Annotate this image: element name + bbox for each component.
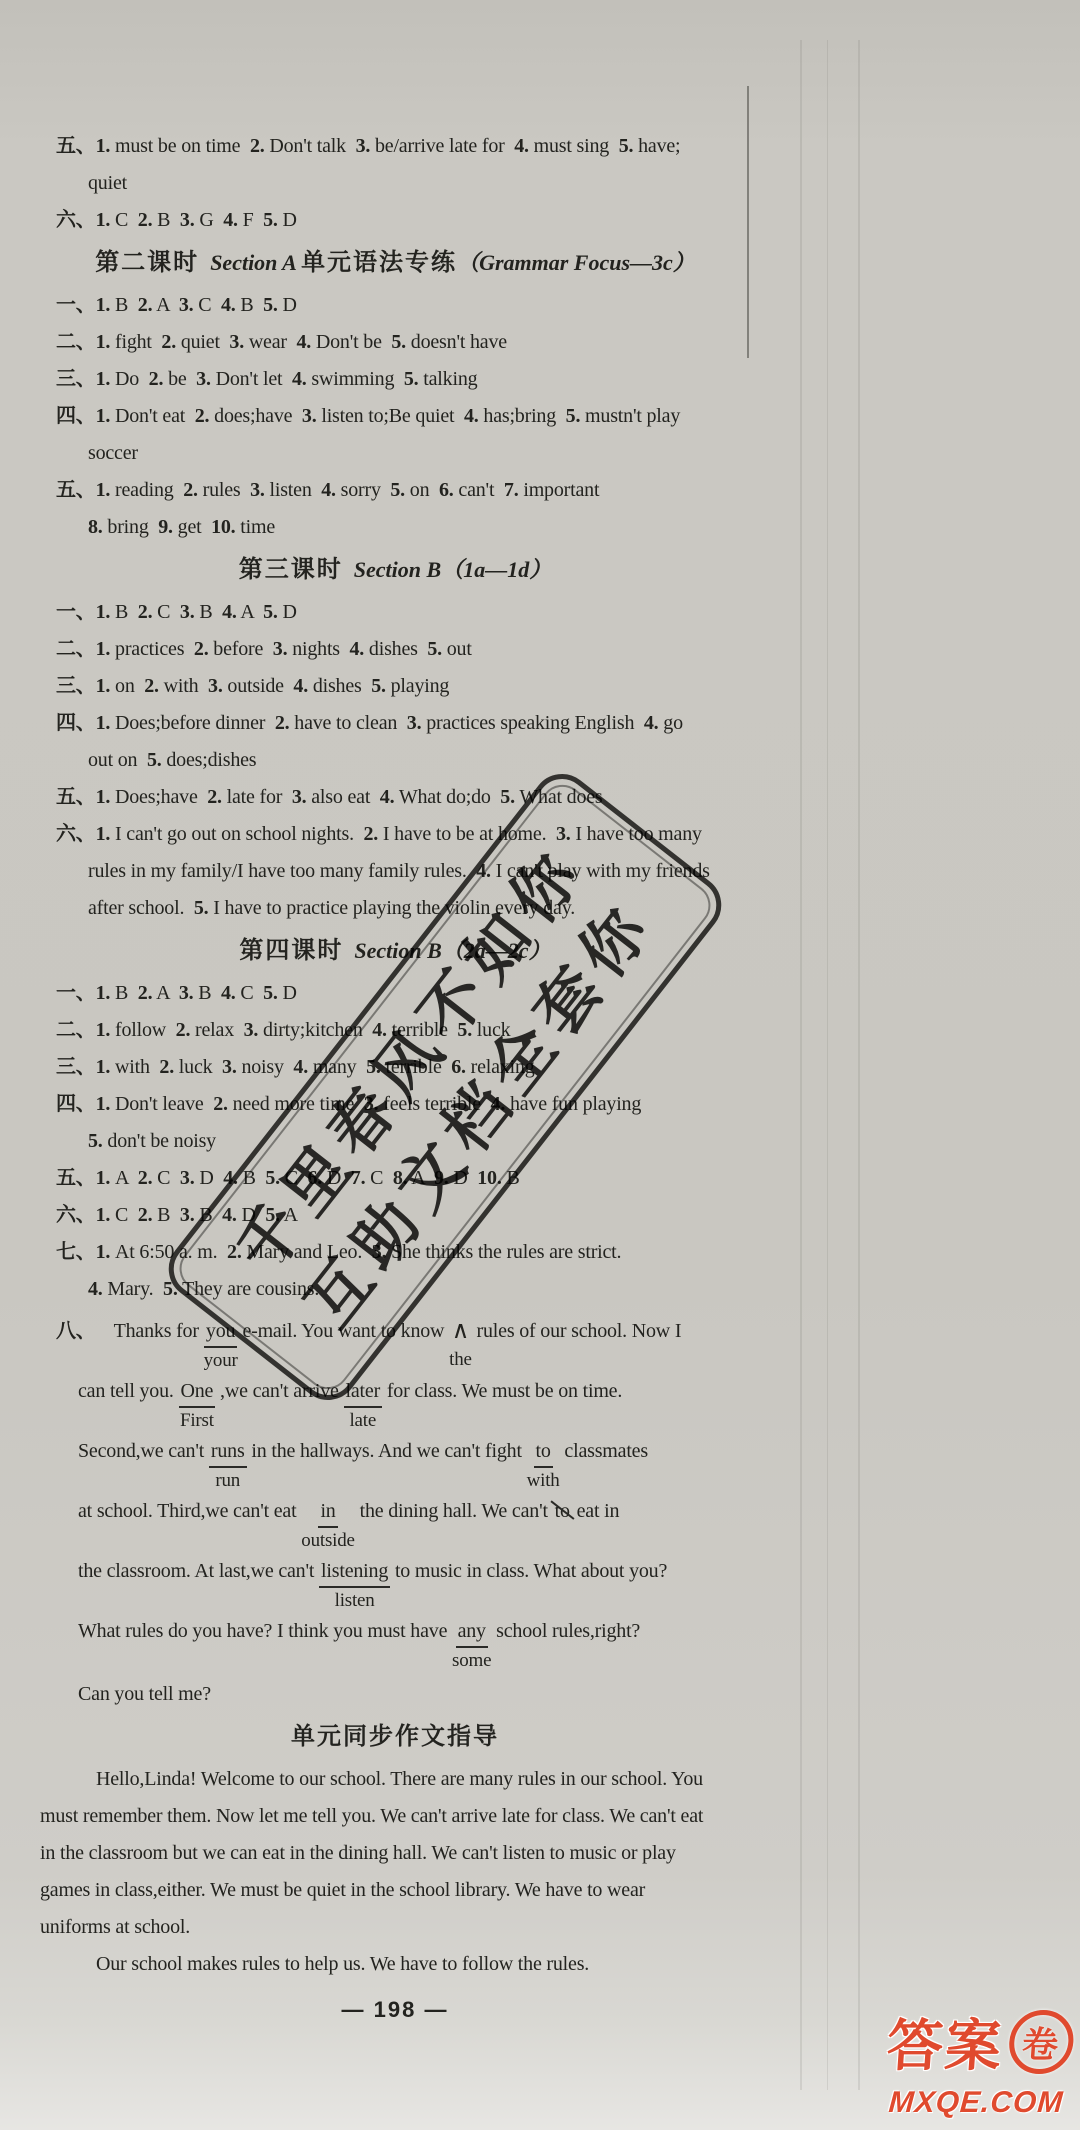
wrong-word: to	[534, 1436, 553, 1468]
text-segment: Second,we can't	[78, 1440, 209, 1462]
lesson-2-title-en: Section A	[199, 250, 301, 275]
wrong-word: One	[179, 1376, 216, 1408]
text-segment: to music in class. What about you?	[390, 1560, 667, 1582]
text-segment: for class. We must be on time.	[382, 1380, 622, 1402]
deleted-word: to	[553, 1496, 572, 1526]
lesson-4-title-cn: 第四课时	[239, 937, 343, 964]
corrected-word: listen	[319, 1588, 390, 1614]
answer-line-1-6: 六、1. C 2. B 3. G 4. F 5. D	[40, 202, 800, 239]
corrected-word: run	[209, 1468, 247, 1494]
essay-line-1: Hello,Linda! Welcome to our school. Ther…	[40, 1761, 800, 1798]
wrong-word: listening	[319, 1556, 390, 1588]
corrected-word: outside	[301, 1528, 355, 1554]
answer-line-3-5: 五、1. Does;have 2. late for 3. also eat 4…	[40, 779, 800, 816]
site-logo: 答案卷 MXQE.COM	[882, 2002, 1076, 2120]
answer-line-3-6: 六、1. I can't go out on school nights. 2.…	[40, 816, 800, 853]
essay-guide-title: 单元同步作文指导	[291, 1723, 499, 1750]
model-essay: Hello,Linda! Welcome to our school. Ther…	[40, 1761, 800, 1983]
answer-line-3-4: 四、1. Does;before dinner 2. have to clean…	[40, 705, 800, 742]
corrected-word: First	[179, 1408, 216, 1434]
answer-line-2-5: 五、1. reading 2. rules 3. listen 4. sorry…	[40, 472, 800, 509]
correction-line-5: the classroom. At last,we can't listenin…	[40, 1556, 800, 1614]
lesson-3-title-en: Section B（1a—1d）	[343, 557, 551, 582]
paper-crease-line	[800, 40, 802, 2090]
correction-in-outside: inoutside	[301, 1496, 355, 1554]
correction-to-with: towith	[527, 1436, 560, 1494]
lesson-2-heading: 第二课时 Section A 单元语法专练（Grammar Focus—3c）	[40, 239, 750, 287]
logo-circle-char: 卷	[1021, 2017, 1063, 2068]
logo-circle-icon: 卷	[1007, 2010, 1075, 2074]
lesson-3-heading: 第三课时 Section B（1a—1d）	[40, 546, 750, 594]
correction-runs-run: runsrun	[209, 1436, 247, 1494]
text-segment: What rules do you have? I think you must…	[78, 1620, 452, 1642]
text-segment: the classroom. At last,we can't	[78, 1560, 319, 1582]
correction-line-3: Second,we can't runsrun in the hallways.…	[40, 1436, 800, 1494]
corrected-word: late	[344, 1408, 383, 1434]
correction-line-4: at school. Third,we can't eat inoutside …	[40, 1496, 800, 1554]
lesson-3-title-cn: 第三课时	[239, 556, 343, 583]
text-segment: school rules,right?	[491, 1620, 640, 1642]
corrected-word: with	[527, 1468, 560, 1494]
answer-line-1-5-wrap: quiet	[40, 165, 800, 202]
wrong-word: runs	[209, 1436, 247, 1468]
text-segment: rules of our school. Now I	[472, 1320, 682, 1342]
page-number: — 198 —	[40, 1997, 750, 2023]
answer-line-2-4: 四、1. Don't eat 2. does;have 3. listen to…	[40, 398, 800, 435]
answer-line-3-3: 三、1. on 2. with 3. outside 4. dishes 5. …	[40, 668, 800, 705]
paper-crease-line	[858, 40, 860, 2090]
essay-line-5: uniforms at school.	[40, 1909, 800, 1946]
page-spine-line	[747, 86, 749, 358]
corrected-word: your	[204, 1348, 238, 1374]
text-segment: at school. Third,we can't eat	[78, 1500, 301, 1522]
text-segment: Thanks for	[114, 1320, 204, 1342]
text-segment: the dining hall. We can't	[355, 1500, 553, 1522]
correction-any-some: anysome	[452, 1616, 491, 1674]
correction-to-deleted: to	[553, 1496, 572, 1526]
answer-line-2-1: 一、1. B 2. A 3. C 4. B 5. D	[40, 287, 800, 324]
answer-line-3-2: 二、1. practices 2. before 3. nights 4. di…	[40, 631, 800, 668]
essay-guide-heading: 单元同步作文指导	[40, 1713, 750, 1761]
answer-line-2-5-wrap: 8. bring 9. get 10. time	[40, 509, 800, 546]
answer-line-2-2: 二、1. fight 2. quiet 3. wear 4. Don't be …	[40, 324, 800, 361]
exercise-8-correction-passage: 八、Thanks for youyour e-mail. You want to…	[40, 1316, 800, 1713]
correction-line-6: What rules do you have? I think you must…	[40, 1616, 800, 1674]
text-segment: classmates	[560, 1440, 648, 1462]
caret-mark: ∧	[450, 1316, 471, 1346]
correction-line-1: 八、Thanks for youyour e-mail. You want to…	[40, 1316, 800, 1374]
wrong-word: in	[318, 1496, 337, 1528]
correction-caret-the: ∧the	[449, 1316, 472, 1373]
paper-crease-line	[827, 40, 828, 2090]
answer-line-3-1: 一、1. B 2. C 3. B 4. A 5. D	[40, 594, 800, 631]
essay-line-6: Our school makes rules to help us. We ha…	[40, 1946, 800, 1983]
essay-line-2: must remember them. Now let me tell you.…	[40, 1798, 800, 1835]
answer-line-2-4-wrap: soccer	[40, 435, 800, 472]
correction-line-2: can tell you. OneFirst ,we can't arrive …	[40, 1376, 800, 1434]
text-segment: can tell you.	[78, 1380, 179, 1402]
exercise-8-marker: 八、	[56, 1320, 96, 1342]
text-segment: eat in	[572, 1500, 619, 1522]
essay-line-4: games in class,either. We must be quiet …	[40, 1872, 800, 1909]
logo-site-url: MXQE.COM	[882, 2086, 1070, 2120]
correction-line-7: Can you tell me?	[40, 1676, 800, 1713]
answer-line-3-4-wrap: out on 5. does;dishes	[40, 742, 800, 779]
corrected-word: the	[449, 1347, 472, 1373]
corrected-word: some	[452, 1648, 491, 1674]
lesson-2-subtitle-cn: 单元语法专练	[301, 249, 457, 276]
text-segment: in the hallways. And we can't fight	[247, 1440, 527, 1462]
essay-line-3: in the classroom but we can eat in the d…	[40, 1835, 800, 1872]
wrong-word: any	[456, 1616, 488, 1648]
lesson-2-subtitle-en: （Grammar Focus—3c）	[457, 250, 695, 275]
answer-line-2-3: 三、1. Do 2. be 3. Don't let 4. swimming 5…	[40, 361, 800, 398]
answer-line-1-5: 五、1. must be on time 2. Don't talk 3. be…	[40, 128, 800, 165]
correction-one-first: OneFirst	[179, 1376, 216, 1434]
logo-brand-text: 答案卷	[885, 2002, 1077, 2082]
correction-listening-listen: listeninglisten	[319, 1556, 390, 1614]
lesson-2-title-cn: 第二课时	[95, 249, 199, 276]
logo-brand-prefix: 答案	[885, 2002, 1007, 2082]
